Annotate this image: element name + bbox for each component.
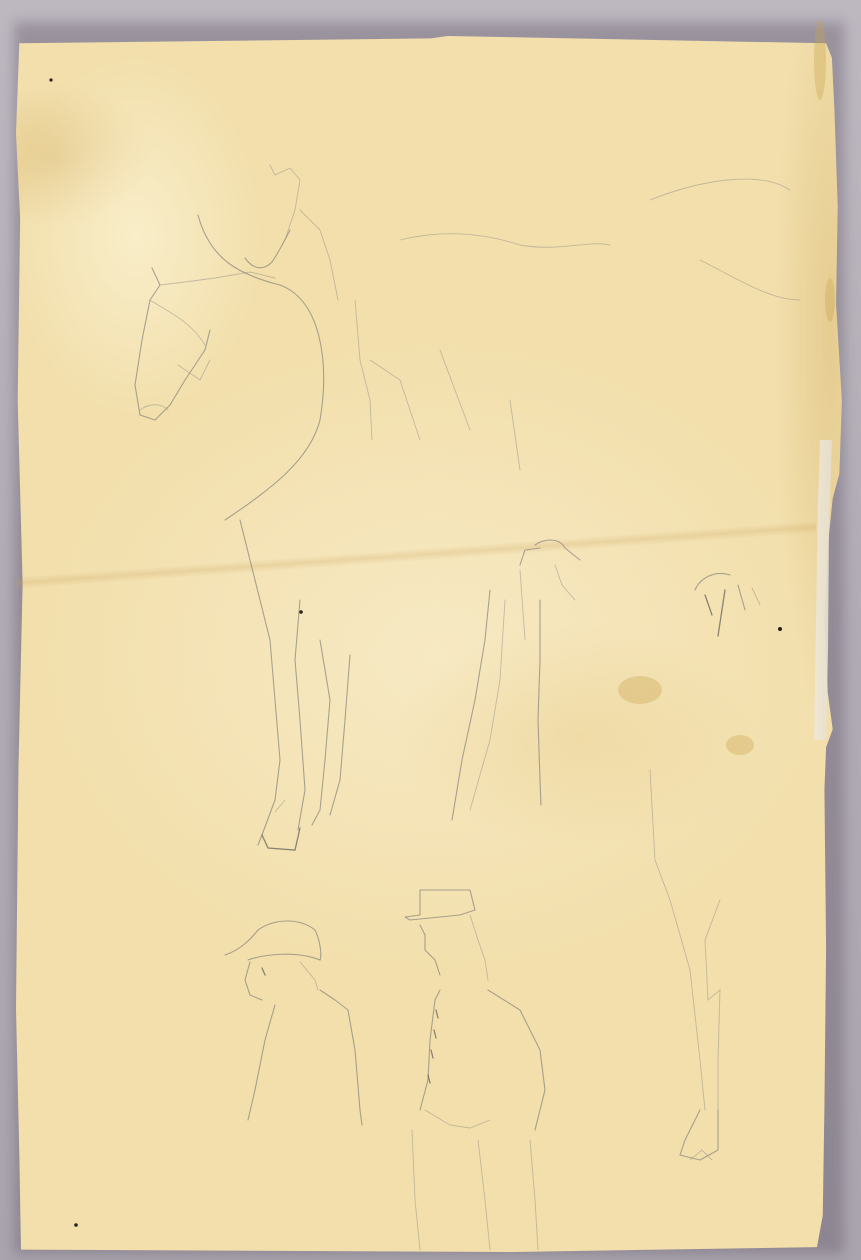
rein-curve bbox=[198, 215, 324, 520]
horse-legs-left bbox=[240, 520, 350, 850]
man-with-top-hat-sketch bbox=[405, 890, 545, 1250]
horse-body-sketch bbox=[355, 179, 800, 470]
man-with-cap-sketch bbox=[225, 921, 362, 1125]
standing-man-coat-sketch bbox=[452, 540, 580, 820]
horse-leg-hoof-sketch bbox=[650, 770, 720, 1160]
paper-stains bbox=[49, 20, 835, 1227]
pencil-sketches bbox=[0, 0, 861, 1260]
horse-head-sketch bbox=[135, 268, 275, 420]
hand-study-sketch bbox=[695, 573, 760, 636]
rider-figure-sketch bbox=[245, 165, 338, 300]
